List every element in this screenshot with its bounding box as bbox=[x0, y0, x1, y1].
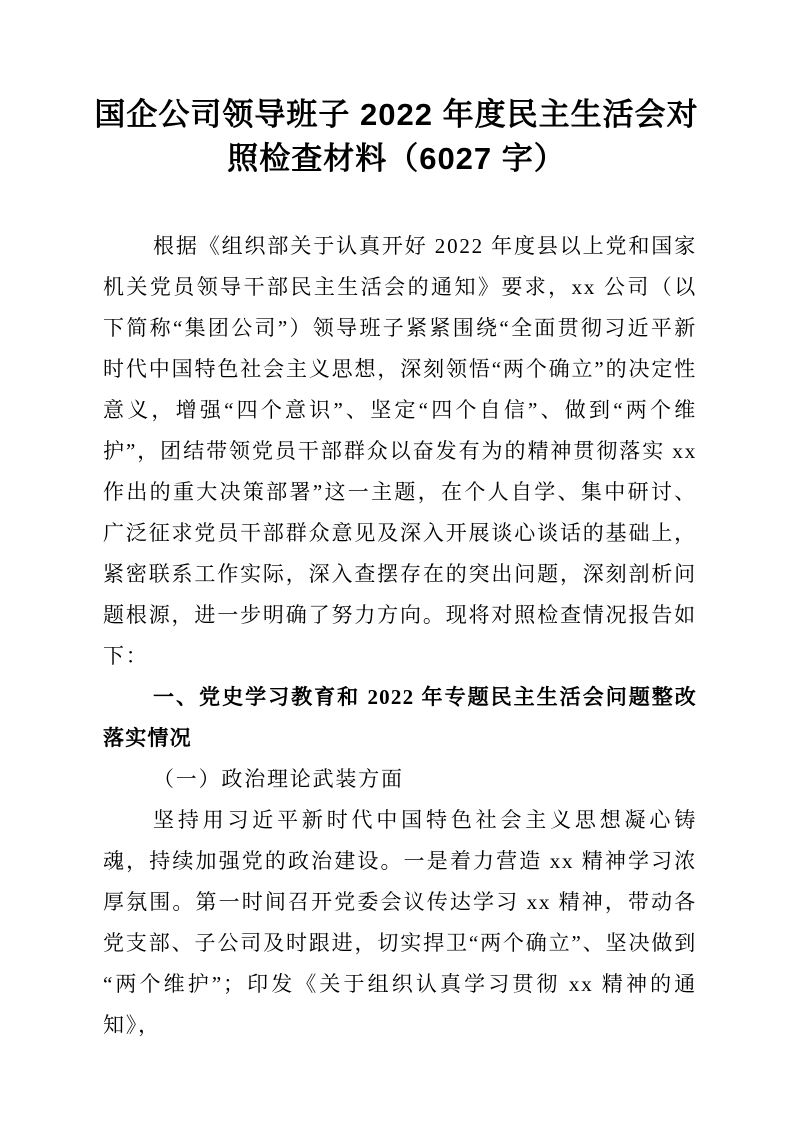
subsection-heading-1: （一）政治理论武装方面 bbox=[103, 759, 697, 800]
body-paragraph-1: 坚持用习近平新时代中国特色社会主义思想凝心铸魂，持续加强党的政治建设。一是着力营… bbox=[103, 800, 697, 1046]
document-title-line-1: 国企公司领导班子 2022 年度民主生活会对 bbox=[87, 93, 707, 137]
intro-paragraph: 根据《组织部关于认真开好 2022 年度县以上党和国家机关党员领导干部民主生活会… bbox=[103, 226, 697, 677]
document-body: 根据《组织部关于认真开好 2022 年度县以上党和国家机关党员领导干部民主生活会… bbox=[0, 226, 793, 1046]
document-page: 国企公司领导班子 2022 年度民主生活会对 照检查材料（6027 字） 根据《… bbox=[0, 0, 793, 1122]
document-title-line-2: 照检查材料（6027 字） bbox=[87, 137, 707, 181]
document-title: 国企公司领导班子 2022 年度民主生活会对 照检查材料（6027 字） bbox=[87, 93, 707, 181]
section-heading-1: 一、党史学习教育和 2022 年专题民主生活会问题整改落实情况 bbox=[103, 677, 697, 759]
